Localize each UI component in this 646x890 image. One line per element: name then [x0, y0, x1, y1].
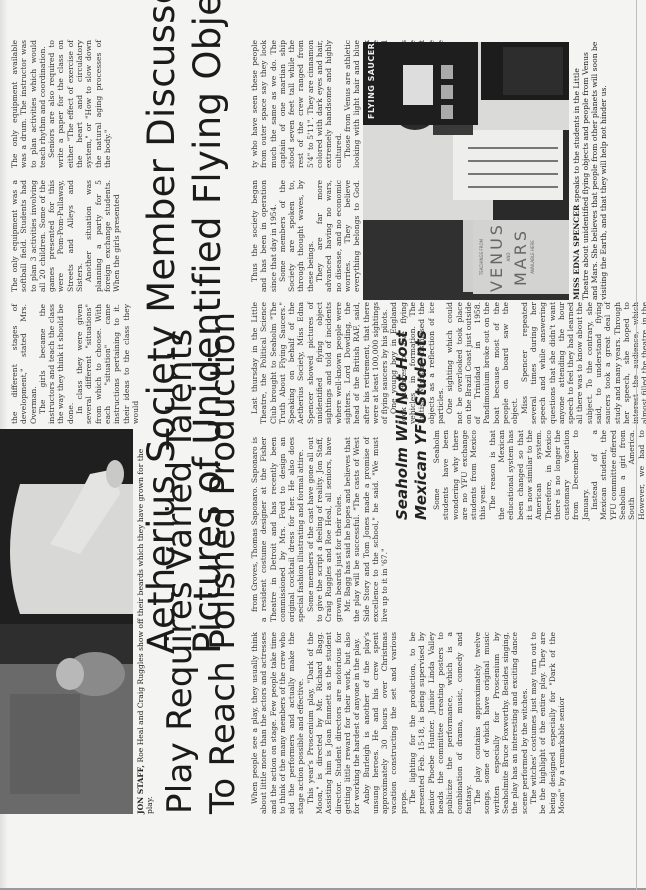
- paragraph: ty who have seen these people from outer…: [250, 40, 343, 168]
- paragraph: Seniors are also required to write a pap…: [47, 40, 112, 168]
- yfu-body: Some Seaholm students have been wonderin…: [432, 430, 646, 520]
- aetherius-headline-line1: Aetherius Society Member Discusses: [140, 0, 184, 654]
- poster-thumb: [441, 65, 453, 79]
- paragraph: Miss Spencer repeated several times duri…: [520, 302, 646, 424]
- paragraph: The only equipment available was a drum.…: [10, 40, 47, 168]
- paragraph: The lighting for the production, to be p…: [408, 632, 473, 814]
- play-column-1: When people see a play, they usually thi…: [250, 632, 566, 814]
- paragraph: When people see a play, they usually thi…: [250, 632, 306, 814]
- sign-venus-text: VENUS: [487, 220, 506, 294]
- pe-column-3: The only equipment available was a drum.…: [10, 40, 112, 168]
- sign-bottom-text: AVAILABLE HERE: [530, 220, 535, 294]
- flying-saucers-poster: FLYING SAUCERS: [363, 42, 478, 125]
- poster-title: FLYING SAUCERS: [367, 42, 376, 119]
- pe-column-2: The only equipment was a softball field.…: [10, 180, 122, 292]
- paragraph: Some Seaholm students have been wonderin…: [432, 430, 488, 520]
- paragraph: In class they were given several differe…: [75, 304, 140, 424]
- paragraph: Some members of the cast have gone all o…: [306, 437, 343, 622]
- poster-thumb: [441, 85, 453, 99]
- aetherius-headline-line2: Pictures of Unidentified Flying Objects: [186, 0, 230, 654]
- scan-fold-line: [636, 0, 637, 890]
- paragraph: Anby Burleigh is another of the play's u…: [362, 632, 408, 814]
- aetherius-column-1: Last thursday in the Little Theatre, the…: [250, 302, 646, 424]
- play-column-2: from Groves, Thomas Saponaro. Saponaro i…: [250, 437, 389, 622]
- caption-lead: JON STAFF,: [136, 765, 145, 814]
- sign-top-text: TEACHINGS FROM: [479, 220, 484, 294]
- paragraph: Mr. Bagg has said he hopes and believes …: [343, 437, 389, 622]
- paragraph: the different stages of development," st…: [10, 304, 38, 424]
- pe-column-1: the different stages of development," st…: [10, 304, 140, 424]
- play-cast-photo: [0, 429, 133, 814]
- spencer-photo: FLYING SAUCERS TEACHINGS FROM VENUS AND …: [363, 42, 569, 300]
- paragraph: Thus the society began and has been in o…: [250, 180, 278, 292]
- paragraph: One sighting which could not be overlook…: [445, 302, 519, 424]
- newspaper-page: JON STAFF, Roe Heal and Craig Ruggles sh…: [0, 0, 646, 890]
- paragraph: This year's Proscenium play, "Dark of th…: [306, 632, 362, 814]
- paragraph: The play contains approximately twelve s…: [473, 632, 529, 814]
- paragraph: The only equipment was a softball field.…: [10, 180, 84, 292]
- paragraph: Another situation was planning a party f…: [84, 180, 121, 292]
- paragraph: The girls became the instructors and tea…: [38, 304, 75, 424]
- paragraph: One young boy in England took pictures o…: [389, 302, 445, 424]
- spencer-photo-caption: MISS EDNA SPENCER speaks to the students…: [572, 38, 608, 300]
- paragraph: Last thursday in the Little Theatre, the…: [250, 302, 389, 424]
- cast-photo-image: [0, 429, 133, 814]
- paragraph: Some members of the Society are spoken t…: [278, 180, 315, 292]
- paragraph: The reason is that the Mexican education…: [488, 430, 590, 520]
- poster-thumb: [441, 105, 453, 119]
- caption-lead: MISS EDNA SPENCER: [572, 205, 581, 300]
- paragraph: Instead of a Mexican student, the YFU co…: [590, 430, 646, 520]
- poster-image: [403, 65, 433, 105]
- sign-mars-text: MARS: [511, 220, 530, 294]
- venus-mars-sign: TEACHINGS FROM VENUS AND MARS AVAILABLE …: [473, 220, 569, 294]
- paragraph: from Groves, Thomas Saponaro. Saponaro i…: [250, 437, 306, 622]
- paragraph: The witches' costumes just may turn out …: [529, 632, 566, 814]
